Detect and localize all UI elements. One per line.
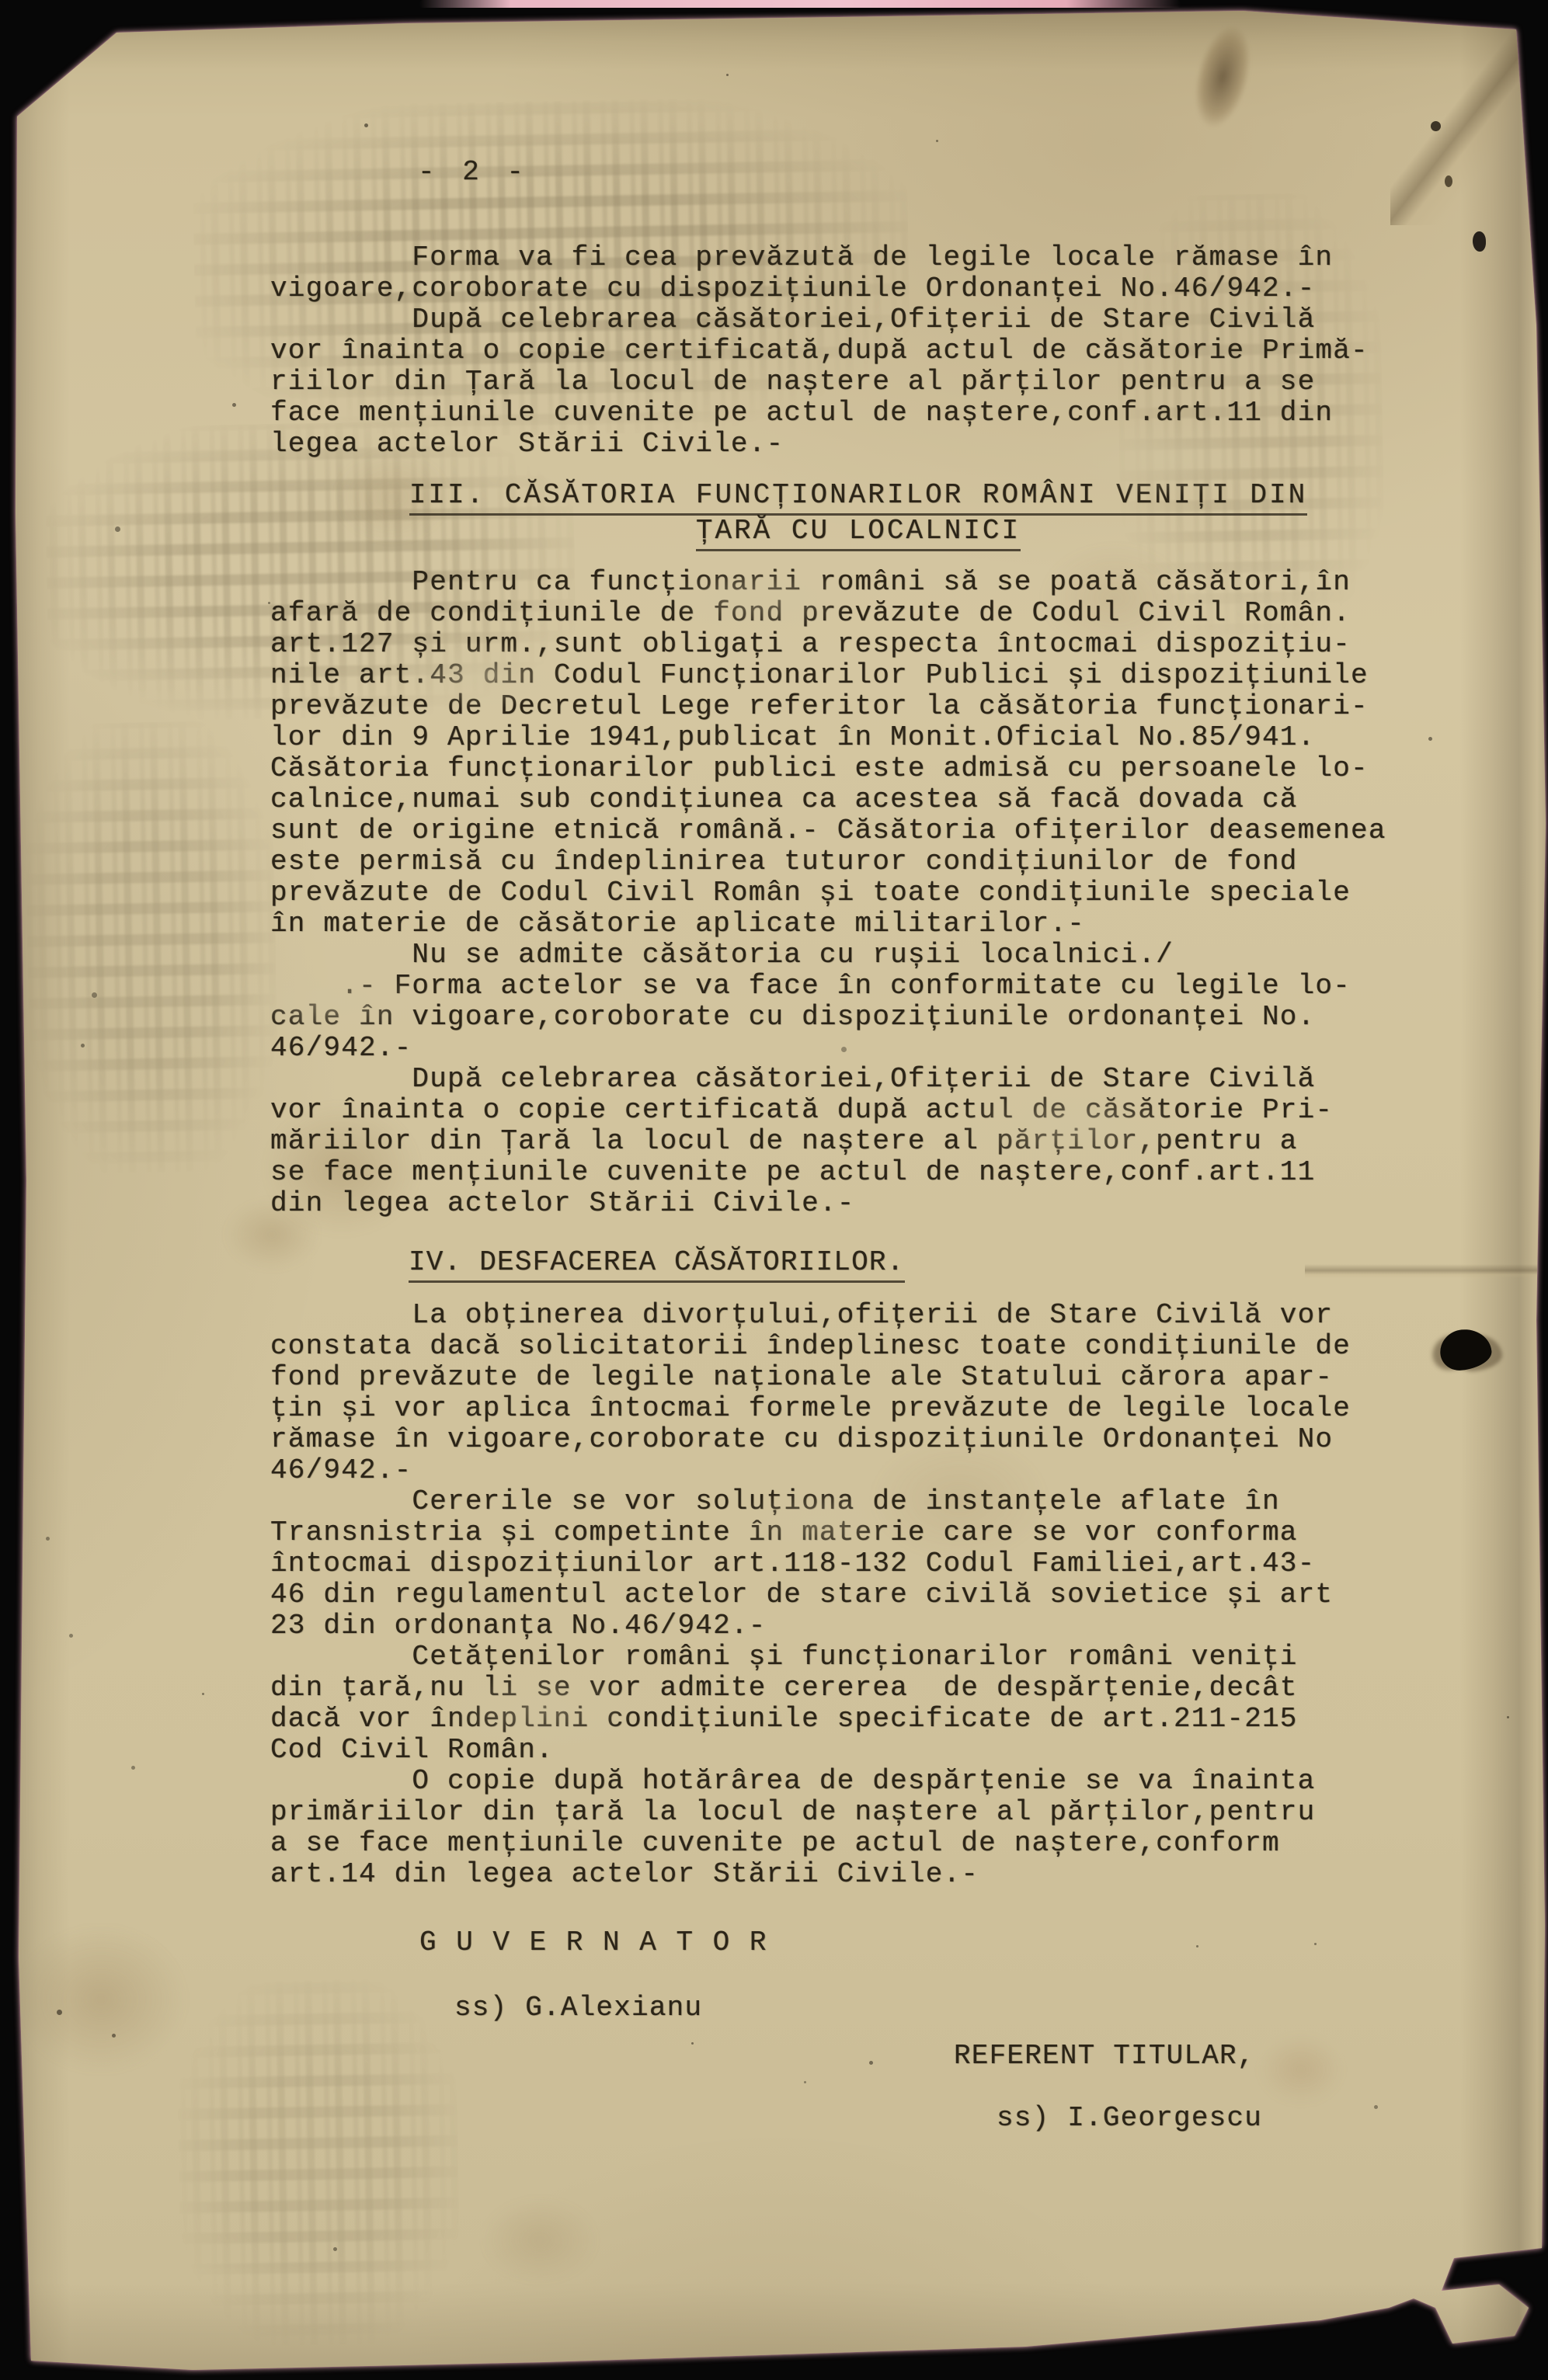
ink-spot: [1445, 175, 1452, 187]
section-heading: IV. DESFACEREA CĂSĂTORIILOR.: [270, 1247, 1381, 1278]
signature-name-georgescu: ss) I.Georgescu: [997, 2103, 1262, 2134]
foxing-stain: [482, 2198, 598, 2283]
text-line: este permisă cu îndeplinirea tuturor con…: [270, 846, 1381, 877]
text-line: 46/942.-: [270, 1455, 1381, 1486]
text-line: măriilor din Țară la locul de naștere al…: [270, 1126, 1381, 1157]
section-heading: III. CĂSĂTORIA FUNCȚIONARILOR ROMÂNI VEN…: [303, 480, 1414, 551]
text-line: vor înainta o copie certificată după act…: [270, 1095, 1381, 1126]
text-line: 46 din regulamentul actelor de stare civ…: [270, 1579, 1381, 1610]
heading-text: IV. DESFACEREA CĂSĂTORIILOR.: [409, 1247, 905, 1283]
text-line: vor înainta o copie certificată,după act…: [270, 335, 1381, 367]
text-line: ȚARĂ CU LOCALNICI: [303, 516, 1414, 551]
paragraph: La obținerea divorțului,ofițerii de Star…: [270, 1300, 1381, 1486]
paragraph: Pentru ca funcționarii români să se poat…: [270, 567, 1381, 940]
text-line: Cetățenilor români și funcționarilor rom…: [270, 1642, 1381, 1673]
text-line: în materie de căsătorie aplicate militar…: [270, 909, 1381, 940]
text-line: .- Forma actelor se va face în conformit…: [270, 971, 1381, 1002]
text-line: Forma va fi cea prevăzută de legile loca…: [270, 242, 1381, 273]
paragraph: .- Forma actelor se va face în conformit…: [270, 971, 1381, 1064]
text-line: legea actelor Stării Civile.-: [270, 429, 1381, 460]
text-line: sunt de origine etnică română.- Căsători…: [270, 815, 1381, 846]
text-line: vigoare,coroborate cu dispozițiunile Ord…: [270, 273, 1381, 304]
text-line: se face mențiunile cuvenite pe actul de …: [270, 1157, 1381, 1188]
text-line: Căsătoria funcționarilor publici este ad…: [270, 753, 1381, 784]
ink-specks: [0, 0, 2, 2]
text-line: După celebrarea căsătoriei,Ofițerii de S…: [270, 304, 1381, 335]
text-line: IV. DESFACEREA CĂSĂTORIILOR.: [409, 1247, 1381, 1278]
text-line: La obținerea divorțului,ofițerii de Star…: [270, 1300, 1381, 1331]
text-line: face mențiunile cuvenite pe actul de naș…: [270, 398, 1381, 429]
text-line: Pentru ca funcționarii români să se poat…: [270, 567, 1381, 598]
edge-shadow-left: [0, 0, 70, 2380]
foxing-stain: [1258, 2034, 1344, 2104]
text-line: din legea actelor Stării Civile.-: [270, 1188, 1381, 1219]
text-line: Nu se admite căsătoria cu rușii localnic…: [270, 940, 1381, 971]
text-line: Cod Civil Român.: [270, 1735, 1381, 1766]
text-line: rămase în vigoare,coroborate cu dispoziț…: [270, 1424, 1381, 1455]
corner-crease: [1390, 8, 1548, 225]
text-line: După celebrarea căsătoriei,Ofițerii de S…: [270, 1064, 1381, 1095]
text-line: O copie după hotărârea de despărțenie se…: [270, 1766, 1381, 1797]
page-number: - 2 -: [418, 157, 529, 188]
signature-name-alexianu: ss) G.Alexianu: [454, 1993, 702, 2024]
text-line: Cererile se vor soluționa de instanțele …: [270, 1486, 1381, 1517]
text-line: afară de condițiunile de fond prevăzute …: [270, 598, 1381, 629]
heading-text: ȚARĂ CU LOCALNICI: [696, 516, 1021, 551]
text-line: Transnistria și competinte în materie ca…: [270, 1517, 1381, 1548]
text-line: întocmai dispozițiunilor art.118-132 Cod…: [270, 1548, 1381, 1579]
text-line: prevăzute de Decretul Lege referitor la …: [270, 691, 1381, 722]
scanned-document-page: { "colors": { "paper": "#d0c29c", "ink":…: [0, 0, 1548, 2380]
signature-title-governor: G U V E R N A T O R: [419, 1927, 767, 1958]
paragraph: Forma va fi cea prevăzută de legile loca…: [270, 242, 1381, 304]
paper-wrapper: - 2 - Forma va fi cea prevăzută de legil…: [0, 0, 1548, 2380]
text-line: din țară,nu li se vor admite cererea de …: [270, 1673, 1381, 1704]
text-line: 23 din ordonanța No.46/942.-: [270, 1610, 1381, 1642]
paragraph: Cetățenilor români și funcționarilor rom…: [270, 1642, 1381, 1766]
text-line: dacă vor îndeplini condițiunile specific…: [270, 1704, 1381, 1735]
text-line: fond prevăzute de legile naționale ale S…: [270, 1362, 1381, 1393]
paragraph: Nu se admite căsătoria cu rușii localnic…: [270, 940, 1381, 971]
edge-shadow-bottom: [0, 2283, 1548, 2380]
signature-title-referent: REFERENT TITULAR,: [954, 2041, 1255, 2072]
text-line: art.127 și urm.,sunt obligați a respecta…: [270, 629, 1381, 660]
paragraph: O copie după hotărârea de despărțenie se…: [270, 1766, 1381, 1890]
text-line: constata dacă solicitatorii îndeplinesc …: [270, 1331, 1381, 1362]
text-line: cale în vigoare,coroborate cu dispozițiu…: [270, 1002, 1381, 1033]
paragraph: După celebrarea căsătoriei,Ofițerii de S…: [270, 1064, 1381, 1219]
text-line: a se face mențiunile cuvenite pe actul d…: [270, 1828, 1381, 1859]
text-line: primăriilor din țară la locul de naștere…: [270, 1797, 1381, 1828]
text-column: Forma va fi cea prevăzută de legile loca…: [270, 242, 1381, 1890]
ink-spot: [1473, 231, 1486, 252]
ink-spot: [1431, 121, 1441, 131]
edge-shadow-right: [1460, 0, 1548, 2380]
text-line: III. CĂSĂTORIA FUNCȚIONARILOR ROMÂNI VEN…: [303, 480, 1414, 516]
text-line: prevăzute de Codul Civil Român și toate …: [270, 877, 1381, 909]
heading-text: III. CĂSĂTORIA FUNCȚIONARILOR ROMÂNI VEN…: [409, 480, 1307, 516]
text-line: 46/942.-: [270, 1033, 1381, 1064]
text-line: lor din 9 Aprilie 1941,publicat în Monit…: [270, 722, 1381, 753]
paragraph: Cererile se vor soluționa de instanțele …: [270, 1486, 1381, 1642]
text-line: art.14 din legea actelor Stării Civile.-: [270, 1859, 1381, 1890]
text-line: țin și vor aplica întocmai formele prevă…: [270, 1393, 1381, 1424]
text-line: calnice,numai sub condițiunea ca acestea…: [270, 784, 1381, 815]
edge-shadow-top: [0, 0, 1548, 70]
paper-sheet: - 2 - Forma va fi cea prevăzută de legil…: [0, 0, 1548, 2380]
paragraph: După celebrarea căsătoriei,Ofițerii de S…: [270, 304, 1381, 460]
text-line: nile art.43 din Codul Funcționarilor Pub…: [270, 660, 1381, 691]
text-line: riilor din Țară la locul de naștere al p…: [270, 367, 1381, 398]
